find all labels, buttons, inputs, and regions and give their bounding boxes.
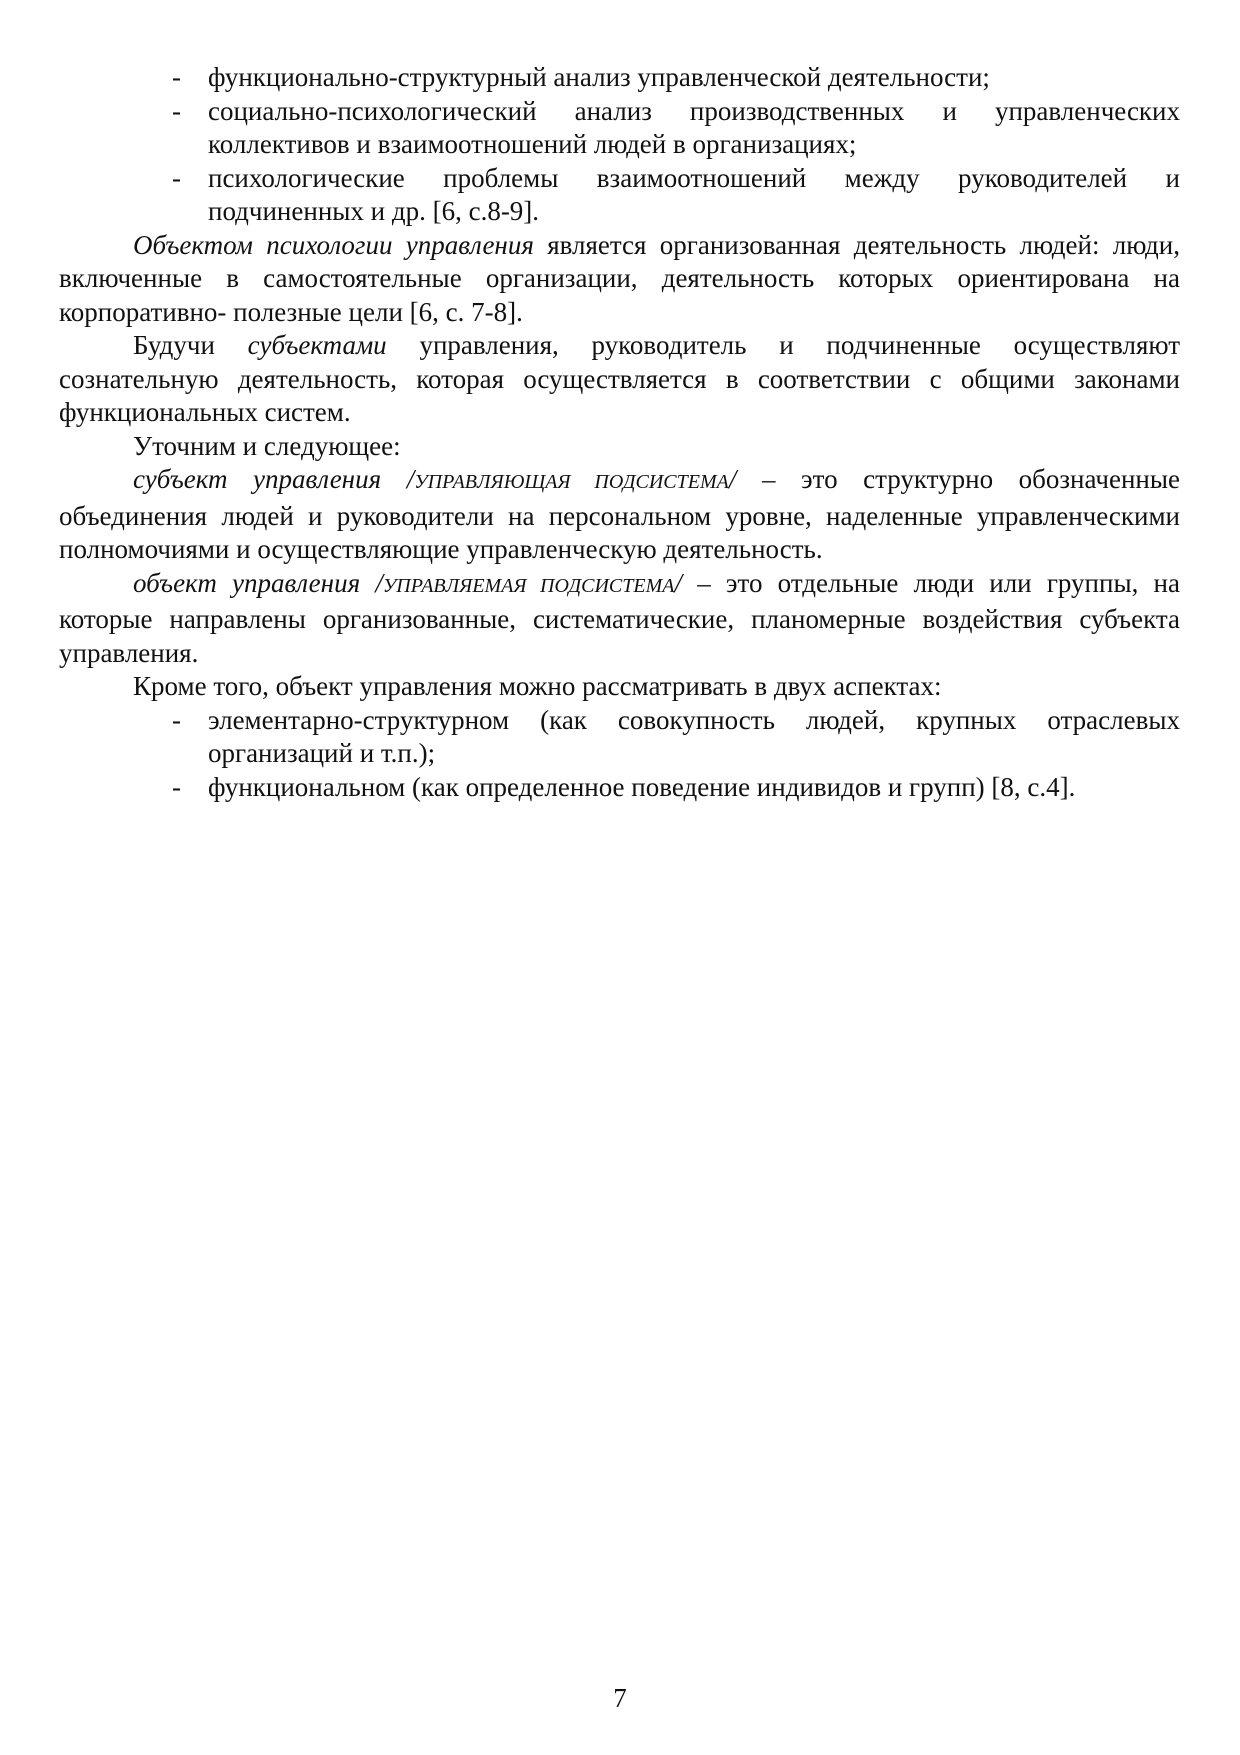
list-item-text: функциональном (как определенное поведен… [208,772,1075,802]
paragraph-lead: Будучи [133,330,248,360]
definition-subject: субъект управления /УПРАВЛЯЮЩАЯ ПОДСИСТЕ… [59,463,1180,567]
list-item-text: социально-психологический анализ произво… [208,96,1180,160]
list-item-text: элементарно-структурном (как совокупност… [208,705,1180,769]
list-marker: - [172,704,181,738]
paragraph-object: Объектом психологии управления является … [59,229,1180,330]
list-marker: - [172,61,181,95]
page-number: 7 [0,1683,1240,1714]
list-item: -психологические проблемы взаимоотношени… [59,162,1180,229]
list-item: -элементарно-структурном (как совокупнос… [59,704,1180,771]
definition-object: объект управления /УПРАВЛЯЕМАЯ ПОДСИСТЕМ… [59,567,1180,671]
list-item-text: психологические проблемы взаимоотношений… [208,163,1180,227]
list-marker: - [172,95,181,129]
paragraph-aspects: Кроме того, объект управления можно расс… [59,670,1180,704]
paragraph-clarify: Уточним и следующее: [59,430,1180,464]
list-marker: - [172,771,181,805]
list-marker: - [172,162,181,196]
term-smallcaps: УПРАВЛЯЕМАЯ ПОДСИСТЕМА [383,575,675,597]
page-body: -функционально-структурный анализ управл… [59,61,1180,804]
term-italic: субъект управления / [133,464,414,494]
term-italic: объект управления / [133,568,383,598]
term-italic: Объектом психологии управления [133,230,534,260]
list-item: -функционально-структурный анализ управл… [59,61,1180,95]
list-item-text: функционально-структурный анализ управле… [208,62,990,92]
term-slash: / [674,568,682,598]
paragraph-subjects: Будучи субъектами управления, руководите… [59,329,1180,430]
list-item: -функциональном (как определенное поведе… [59,771,1180,805]
term-smallcaps: УПРАВЛЯЮЩАЯ ПОДСИСТЕМА [414,471,729,493]
term-italic: субъектами [248,330,387,360]
list-item: -социально-психологический анализ произв… [59,95,1180,162]
